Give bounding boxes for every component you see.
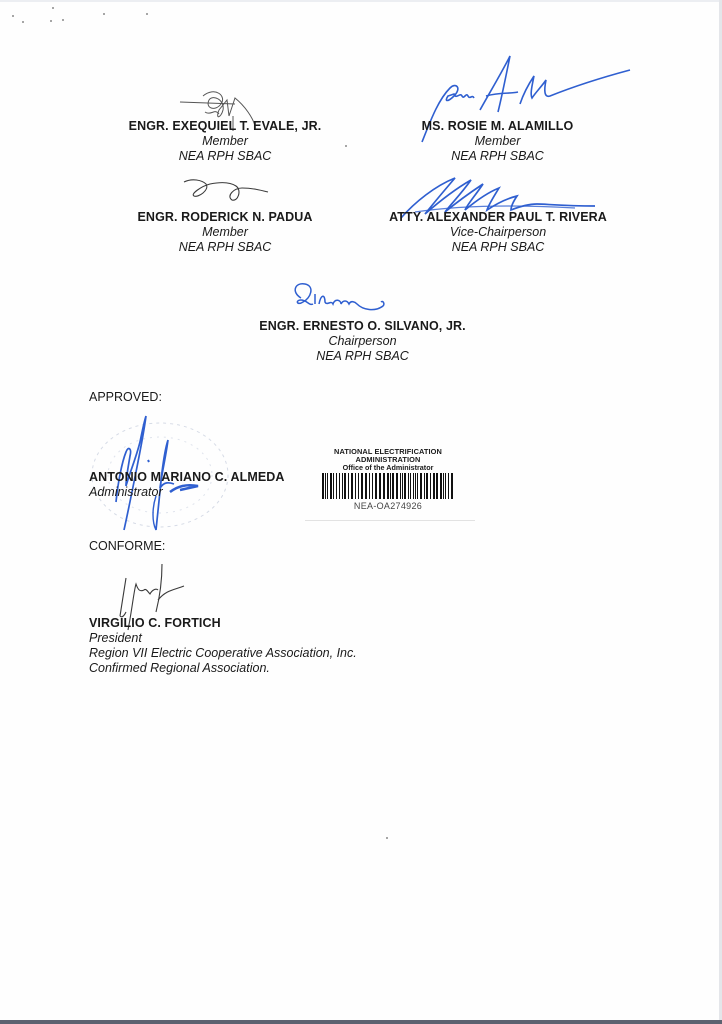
- scan-speck: [386, 837, 388, 839]
- signatory-role: Chairperson: [235, 334, 490, 349]
- approved-label: APPROVED:: [89, 390, 162, 404]
- page-top-edge: [0, 0, 722, 2]
- signatory-name: ENGR. EXEQUIEL T. EVALE, JR.: [100, 119, 350, 134]
- scan-speck: [12, 15, 14, 17]
- scan-speck: [52, 7, 54, 9]
- signatory-role: Member: [375, 134, 620, 149]
- signatory-name: ATTY. ALEXANDER PAUL T. RIVERA: [372, 210, 624, 225]
- signatory-org: NEA RPH SBAC: [235, 349, 490, 364]
- conforme-label: CONFORME:: [89, 539, 165, 553]
- scan-speck: [22, 21, 24, 23]
- approver-name: ANTONIO MARIANO C. ALMEDA: [89, 470, 319, 485]
- signature-padua: [180, 176, 275, 206]
- approver-almeda: ANTONIO MARIANO C. ALMEDA Administrator: [89, 470, 319, 500]
- signatory-name: ENGR. ERNESTO O. SILVANO, JR.: [235, 319, 490, 334]
- signatory-org: NEA RPH SBAC: [100, 149, 350, 164]
- page-bottom-edge: [0, 1020, 722, 1024]
- barcode: [320, 473, 456, 499]
- receiving-stamp: NATIONAL ELECTRIFICATION ADMINISTRATION …: [316, 448, 460, 512]
- conforme-org-line1: Region VII Electric Cooperative Associat…: [89, 646, 409, 661]
- signatory-alamillo: MS. ROSIE M. ALAMILLO Member NEA RPH SBA…: [375, 119, 620, 164]
- scan-speck: [146, 13, 148, 15]
- scan-speck: [103, 13, 105, 15]
- signatory-org: NEA RPH SBAC: [375, 149, 620, 164]
- scan-speck: [50, 20, 52, 22]
- conforme-name: VIRGILIO C. FORTICH: [89, 616, 409, 631]
- signatory-rivera: ATTY. ALEXANDER PAUL T. RIVERA Vice-Chai…: [372, 210, 624, 255]
- signatory-padua: ENGR. RODERICK N. PADUA Member NEA RPH S…: [100, 210, 350, 255]
- conforme-org-line2: Confirmed Regional Association.: [89, 661, 409, 676]
- signatory-role: Member: [100, 134, 350, 149]
- signature-silvano: [287, 280, 387, 320]
- scan-speck: [62, 19, 64, 21]
- signatory-name: ENGR. RODERICK N. PADUA: [100, 210, 350, 225]
- conforme-role: President: [89, 631, 409, 646]
- stamp-office: Office of the Administrator: [316, 464, 460, 472]
- signatory-evale: ENGR. EXEQUIEL T. EVALE, JR. Member NEA …: [100, 119, 350, 164]
- signatory-role: Member: [100, 225, 350, 240]
- signatory-name: MS. ROSIE M. ALAMILLO: [375, 119, 620, 134]
- stamp-tracking-code: NEA-OA274926: [316, 500, 460, 512]
- signatory-org: NEA RPH SBAC: [372, 240, 624, 255]
- conforme-fortich: VIRGILIO C. FORTICH President Region VII…: [89, 616, 409, 676]
- approver-role: Administrator: [89, 485, 319, 500]
- signatory-org: NEA RPH SBAC: [100, 240, 350, 255]
- stamp-divider: [305, 520, 475, 521]
- signatory-role: Vice-Chairperson: [372, 225, 624, 240]
- signatory-silvano: ENGR. ERNESTO O. SILVANO, JR. Chairperso…: [235, 319, 490, 364]
